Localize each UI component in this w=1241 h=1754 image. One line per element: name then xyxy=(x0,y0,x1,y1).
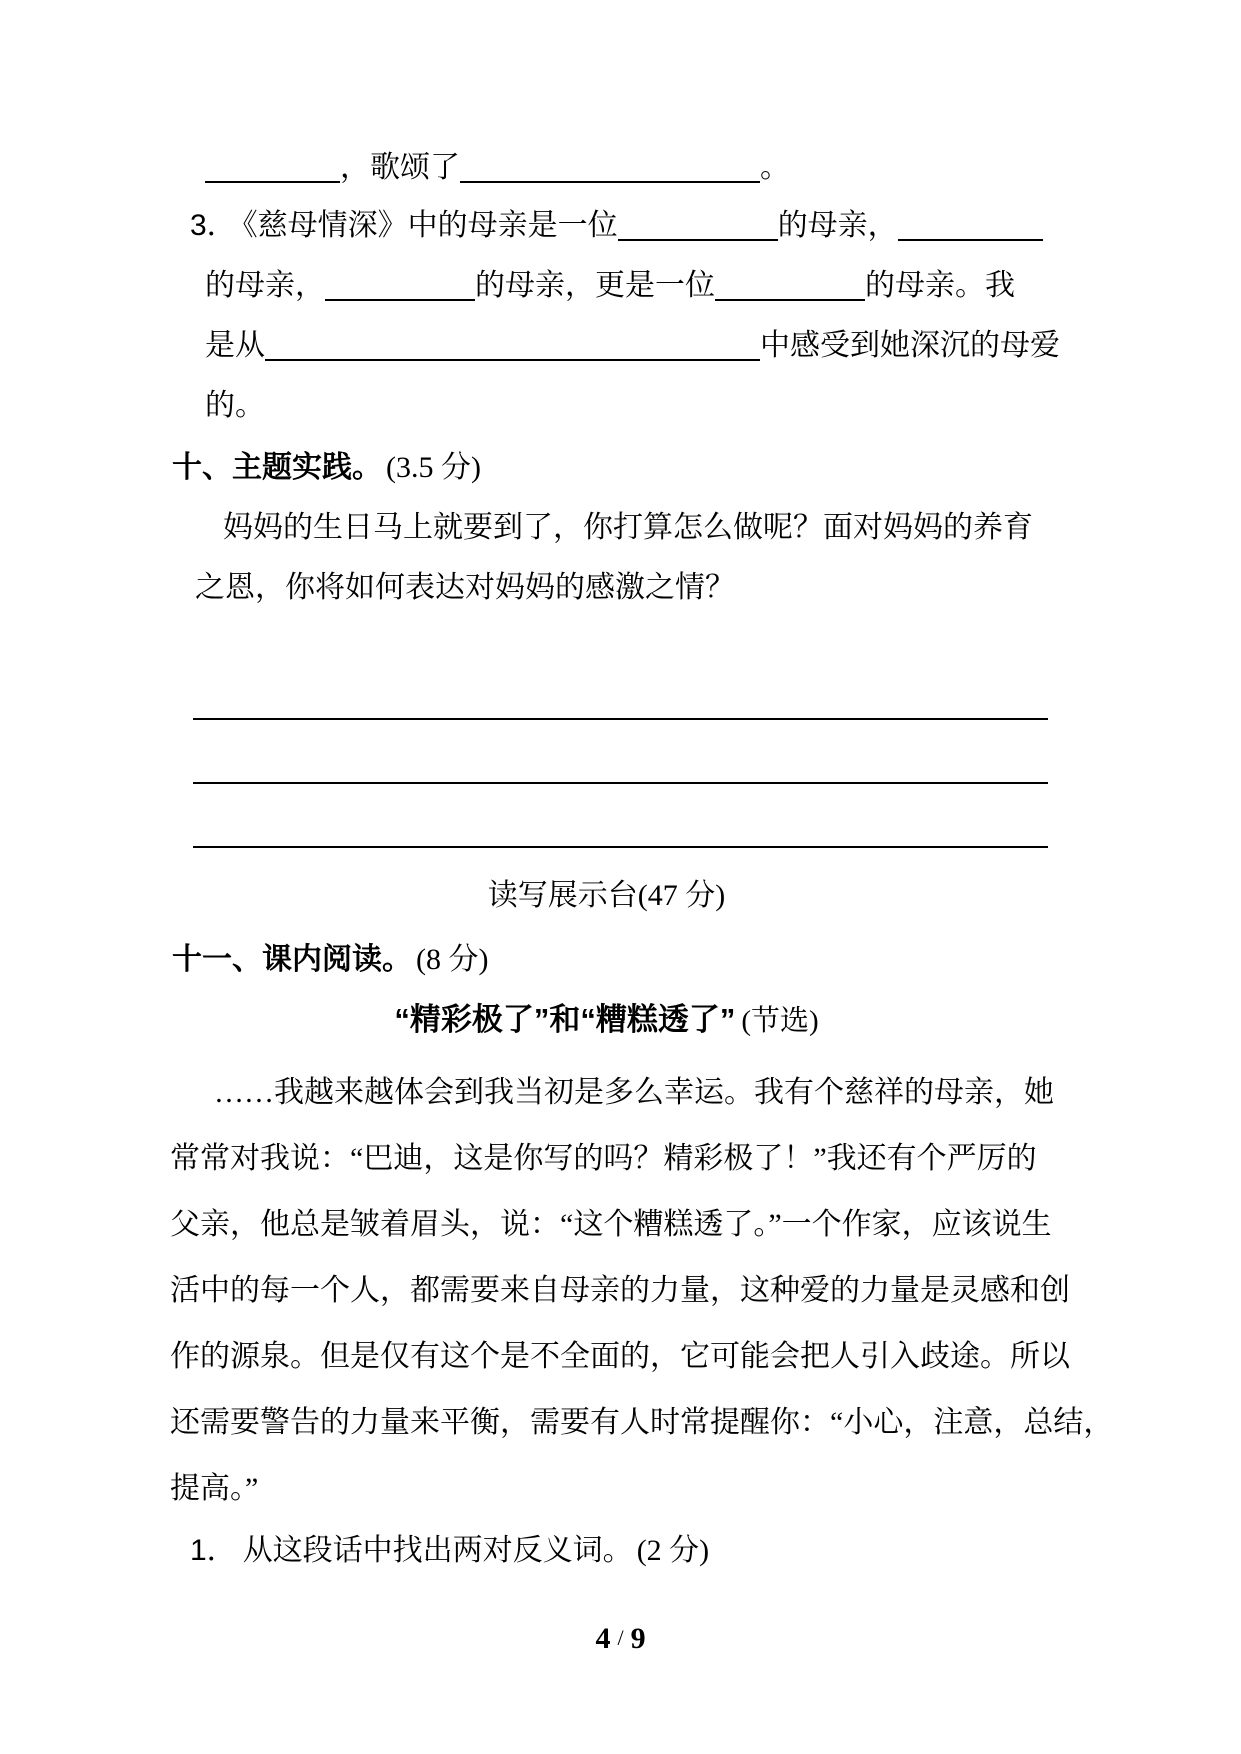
page-footer: 4/9 xyxy=(0,1618,1241,1660)
text-run: 从这段话中找出两对反义词。 xyxy=(243,1534,633,1567)
question3-line3: 是从中感受到她深沉的母爱 xyxy=(165,316,1048,376)
answer-line xyxy=(193,784,1048,848)
passage-line: 常常对我说：“巴迪，这是你写的吗？精彩极了！”我还有个严厉的 xyxy=(170,1126,1048,1192)
text-run: 的。 xyxy=(205,389,265,422)
answer-blank xyxy=(898,211,1043,241)
text-run: 之恩，你将如何表达对妈妈的感激之情？ xyxy=(195,571,735,604)
page-number: 4 xyxy=(595,1622,610,1655)
text-run: 的母亲， xyxy=(205,269,325,302)
reading-passage: ……我越来越体会到我当初是多么幸运。我有个慈祥的母亲，她 常常对我说：“巴迪，这… xyxy=(165,1060,1048,1522)
answer-blank xyxy=(265,331,760,361)
text-run: ……我越来越体会到我当初是多么幸运。我有个慈祥的母亲，她 xyxy=(214,1076,1054,1109)
subquestion1-points: (2 分) xyxy=(637,1534,709,1567)
text-run: 的母亲。我 xyxy=(865,269,1015,302)
section11-points: (8 分) xyxy=(416,943,488,976)
passage-title: “精彩极了”和“糟糕透了”(节选) xyxy=(165,990,1048,1050)
passage-title-suffix: (节选) xyxy=(741,1005,818,1037)
text-run: 活中的每一个人，都需要来自母亲的力量，这种爱的力量是灵感和创 xyxy=(170,1274,1070,1307)
answer-blank xyxy=(618,211,778,241)
page-total: 9 xyxy=(631,1622,646,1655)
section11-heading-text: 十一、课内阅读。 xyxy=(172,943,412,976)
passage-line: 父亲，他总是皱着眉头，说：“这个糟糕透了。”一个作家，应该说生 xyxy=(170,1192,1048,1258)
text-run: 还需要警告的力量来平衡，需要有人时常提醒你：“小心，注意，总结， xyxy=(170,1406,1113,1439)
exam-document-page: ，歌颂了。 3．《慈母情深》中的母亲是一位的母亲， 的母亲，的母亲，更是一位的母… xyxy=(0,0,1241,1754)
question2-continuation-line: ，歌颂了。 xyxy=(165,140,1048,196)
text-run: 。 xyxy=(760,151,790,184)
passage-title-text: “精彩极了”和“糟糕透了” xyxy=(394,1002,735,1037)
passage-line: ……我越来越体会到我当初是多么幸运。我有个慈祥的母亲，她 xyxy=(170,1060,1048,1126)
section10-points: (3.5 分) xyxy=(386,451,481,484)
text-run: ，歌颂了 xyxy=(340,151,460,184)
page-number-separator: / xyxy=(617,1625,623,1650)
answer-blank xyxy=(460,153,760,183)
text-run: 常常对我说：“巴迪，这是你写的吗？精彩极了！”我还有个严厉的 xyxy=(170,1142,1037,1175)
section10-paragraph-line2: 之恩，你将如何表达对妈妈的感激之情？ xyxy=(165,558,1048,618)
text-run: 提高。” xyxy=(170,1472,258,1505)
text-run: 的母亲，更是一位 xyxy=(475,269,715,302)
text-run: 父亲，他总是皱着眉头，说：“这个糟糕透了。”一个作家，应该说生 xyxy=(170,1208,1052,1241)
question3-number: 3． xyxy=(190,209,237,242)
text-run: 中感受到她深沉的母爱 xyxy=(760,329,1060,362)
answer-line xyxy=(193,720,1048,784)
text-run: 《慈母情深》中的母亲是一位 xyxy=(243,209,618,242)
passage-line: 活中的每一个人，都需要来自母亲的力量，这种爱的力量是灵感和创 xyxy=(170,1258,1048,1324)
section10-heading: 十、主题实践。(3.5 分) xyxy=(172,438,1048,498)
answer-line xyxy=(193,656,1048,720)
subquestion1-line: 1．从这段话中找出两对反义词。(2 分) xyxy=(190,1522,1048,1580)
question3-line1: 3．《慈母情深》中的母亲是一位的母亲， xyxy=(190,196,1048,256)
page-content: ，歌颂了。 3．《慈母情深》中的母亲是一位的母亲， 的母亲，的母亲，更是一位的母… xyxy=(165,140,1048,1580)
answer-blank xyxy=(205,153,340,183)
section10-heading-text: 十、主题实践。 xyxy=(172,451,382,484)
section10-paragraph-line1: 妈妈的生日马上就要到了，你打算怎么做呢？面对妈妈的养育 xyxy=(165,498,1048,558)
answer-blank xyxy=(325,271,475,301)
passage-line: 还需要警告的力量来平衡，需要有人时常提醒你：“小心，注意，总结， xyxy=(170,1390,1048,1456)
passage-line: 作的源泉。但是仅有这个是不全面的，它可能会把人引入歧途。所以 xyxy=(170,1324,1048,1390)
text-run: 作的源泉。但是仅有这个是不全面的，它可能会把人引入歧途。所以 xyxy=(170,1340,1070,1373)
question3-line2: 的母亲，的母亲，更是一位的母亲。我 xyxy=(165,256,1048,316)
text-run: 妈妈的生日马上就要到了，你打算怎么做呢？面对妈妈的养育 xyxy=(223,511,1033,544)
question3-line4: 的。 xyxy=(165,376,1048,436)
section-banner-text: 读写展示台(47 分) xyxy=(488,879,725,912)
subquestion1-number: 1． xyxy=(190,1534,237,1567)
section11-heading: 十一、课内阅读。(8 分) xyxy=(172,930,1048,990)
text-run: 是从 xyxy=(205,329,265,362)
text-run: 的母亲， xyxy=(778,209,898,242)
section-banner: 读写展示台(47 分) xyxy=(165,866,1048,926)
answer-blank xyxy=(715,271,865,301)
passage-line: 提高。” xyxy=(170,1456,1048,1522)
